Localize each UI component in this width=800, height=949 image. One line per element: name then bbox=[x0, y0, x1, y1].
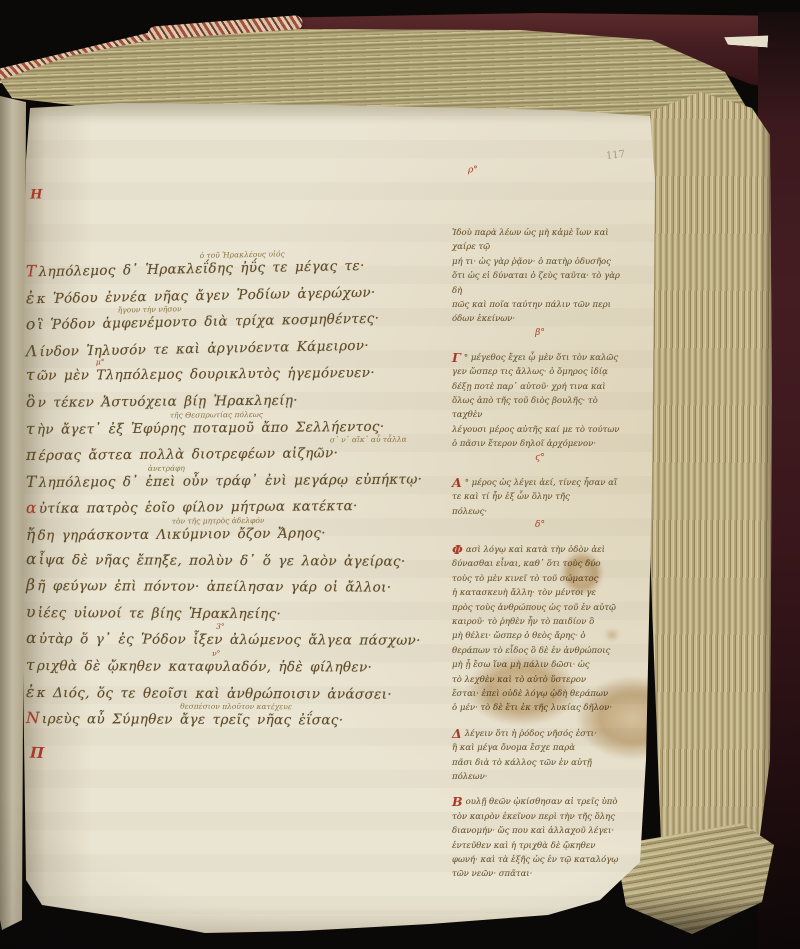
showthrough-line bbox=[48, 110, 640, 114]
scholia-text: ουλῇ θεῶν ᾠκίσθησαν αἱ τρεῖς ὑπὸ τὸν και… bbox=[452, 795, 628, 881]
verse-text: δη γηράσκοντα Λικύμνιον ὄζον Ἄρηος· bbox=[38, 525, 326, 544]
rubric-initial: Β bbox=[452, 795, 463, 808]
commentary-line bbox=[44, 177, 464, 186]
verse-initial: π bbox=[26, 446, 37, 464]
interlinear-gloss: ἤγουν τὴν νῆσον bbox=[118, 305, 182, 315]
manuscript-photo: 117 Η ρ° ὁ τοῦ Ἡρακλέους υἱός Τληπόλεμος… bbox=[0, 0, 800, 949]
verse-initial: τ bbox=[26, 366, 35, 384]
interlinear-gloss: ἀνετράφη bbox=[148, 463, 185, 472]
commentary-line bbox=[44, 177, 464, 186]
verse-text: ῆ φεύγων ἐπὶ πόντον· ἀπείλησαν γάρ οἱ ἄλ… bbox=[37, 578, 391, 596]
commentary-line bbox=[48, 744, 484, 756]
ink-showthrough bbox=[48, 110, 640, 114]
verse-initial: ὃ bbox=[26, 393, 36, 411]
interlinear-gloss: μ° bbox=[96, 358, 105, 367]
verse-text: ῶν μὲν Τληπόλεμος δουρικλυτὸς ἡγεμόνευεν… bbox=[37, 365, 375, 384]
rubric-initial: Φ bbox=[452, 543, 463, 556]
commentary-line bbox=[36, 744, 484, 757]
verse-text: ὐτὰρ ὅ γ᾿ ἐς Ῥόδον ἷξεν ἀλώμενος ἄλγεα π… bbox=[39, 631, 421, 649]
rubric-end-mark: ρ° bbox=[468, 165, 478, 175]
verse-text: έρσας ἄστεα πολλὰ διοτρεφέων αἰζηῶν· bbox=[38, 445, 338, 464]
interlinear-gloss: τὸν τῆς μητρὸς ἀδελφόν bbox=[172, 516, 265, 526]
verse-line: σ᾿ ν᾿ αἴκ᾿ αὖ τἆλλα πέρσας ἄστεα πολλὰ δ… bbox=[30, 442, 474, 472]
verse-initial: Τ bbox=[26, 473, 37, 491]
scholia-text: Ἰδοὺ παρὰ λέων ὡς μὴ κἀμὲ ἴων καὶ χαίρε … bbox=[452, 226, 628, 327]
verse-initial: Λ bbox=[26, 342, 38, 360]
showthrough-line bbox=[48, 110, 640, 114]
verse-initial: α bbox=[26, 550, 37, 568]
verse-text: ἶψα δὲ νῆας ἔπηξε, πολὺν δ᾿ ὅ γε λαὸν ἀγ… bbox=[39, 552, 406, 570]
verse-line: ν° τριχθὰ δὲ ᾤκηθεν καταφυλαδόν, ἠδὲ φίλ… bbox=[30, 656, 474, 685]
page-stack-fore-edge bbox=[635, 90, 780, 920]
verse-initial: ἤ bbox=[26, 526, 36, 544]
verse-text: ληπόλεμος δ᾿ Ἡρακλεΐδης ἠΰς τε μέγας τε· bbox=[39, 258, 365, 280]
interlinear-gloss: ὁ τοῦ Ἡρακλέους υἱός bbox=[200, 249, 285, 260]
verse-line: βῆ φεύγων ἐπὶ πόντον· ἀπείλησαν γάρ οἱ ἄ… bbox=[30, 576, 474, 605]
verse-initial: ο bbox=[26, 315, 36, 333]
verse-initial: τ bbox=[26, 656, 35, 674]
scholia-block: Α° μέρος ὡς λέγει ἀεί, τίνες ἦσαν αἵ τε … bbox=[452, 476, 628, 532]
verse-line: αἶψα δὲ νῆας ἔπηξε, πολὺν δ᾿ ὅ γε λαὸν ἀ… bbox=[30, 550, 474, 579]
verse-initial: ἐ bbox=[26, 683, 35, 701]
interlinear-gloss: 3° bbox=[216, 622, 225, 631]
verse-text: κ Διός, ὅς τε θεοῖσι καὶ ἀνθρώποισιν ἀνά… bbox=[37, 685, 392, 703]
bottom-commentary-block: Π bbox=[32, 744, 484, 757]
main-text-column: ὁ τοῦ Ἡρακλέους υἱός Τληπόλεμος δ᾿ Ἡρακλ… bbox=[30, 258, 474, 737]
verse-initial: β bbox=[26, 576, 35, 594]
verse-initial: υ bbox=[26, 603, 36, 621]
verse-line: υἱέες υἱωνοί τε βίης Ἡρακληείης· bbox=[30, 603, 474, 632]
stain bbox=[560, 550, 604, 596]
top-commentary-block: Η ρ° bbox=[32, 177, 464, 186]
scholia-block: Ἰδοὺ παρὰ λέων ὡς μὴ κἀμὲ ἴων καὶ χαίρε … bbox=[452, 226, 628, 340]
rubric-initial: Δ bbox=[452, 727, 462, 740]
scholia-column: Ἰδοὺ παρὰ λέων ὡς μὴ κἀμὲ ἴων καὶ χαίρε … bbox=[452, 226, 628, 893]
verse-line: μ° τῶν μὲν Τληπόλεμος δουρικλυτὸς ἡγεμόν… bbox=[30, 362, 474, 392]
scholia-text: ° μέγεθος ἔχει ᾧ μὲν ὅτι τὸν καλῶς γεν ὥ… bbox=[452, 351, 628, 452]
commentary-line bbox=[44, 177, 464, 186]
scholia-block: Γ° μέγεθος ἔχει ᾧ μὲν ὅτι τὸν καλῶς γεν … bbox=[452, 351, 628, 465]
verse-text: ίνδον Ἰηλυσόν τε καὶ ἀργινόεντα Κάμειρον… bbox=[39, 338, 369, 360]
verse-text: ν τέκεν Ἀστυόχεια βίῃ Ἡρακληείῃ· bbox=[38, 393, 298, 411]
rubric-initial: Η bbox=[30, 187, 43, 202]
verse-text: ἱέες υἱωνοί τε βίης Ἡρακληείης· bbox=[38, 605, 281, 622]
rubric-end-mark: ϛ° bbox=[452, 452, 628, 465]
folio-number: 117 bbox=[605, 149, 625, 162]
verse-text: ιρεὺς αὖ Σύμηθεν ἄγε τρεῖς νῆας ἐΐσας· bbox=[42, 711, 344, 728]
interlinear-gloss: τῆς Θεσπρωτίας πόλεως bbox=[170, 409, 263, 419]
verse-initial: ἐ bbox=[26, 289, 35, 307]
verse-initial: α bbox=[26, 499, 37, 517]
stain bbox=[604, 628, 620, 642]
interlinear-gloss: σ᾿ ν᾿ αἴκ᾿ αὖ τἆλλα bbox=[330, 435, 407, 445]
verse-text: ληπόλεμος δ᾿ ἐπεὶ οὖν τράφ᾿ ἐνὶ μεγάρῳ ε… bbox=[39, 471, 423, 490]
rubric-end-mark: δ° bbox=[452, 519, 628, 532]
showthrough-line bbox=[48, 110, 640, 114]
verse-text: ἳ Ῥόδον ἀμφενέμοντο διὰ τρίχα κοσμηθέντε… bbox=[38, 311, 380, 334]
scholia-block: Βουλῇ θεῶν ᾠκίσθησαν αἱ τρεῖς ὑπὸ τὸν κα… bbox=[452, 795, 628, 881]
rubric-end-mark: β° bbox=[452, 327, 628, 340]
rubric-initial: Π bbox=[30, 744, 45, 762]
verse-initial: Τ bbox=[26, 262, 37, 280]
verse-initial: τ bbox=[26, 419, 35, 437]
verse-initial: α bbox=[26, 629, 37, 647]
scholia-text: ° μέρος ὡς λέγει ἀεί, τίνες ἦσαν αἵ τε κ… bbox=[452, 476, 628, 519]
showthrough-line bbox=[48, 110, 640, 114]
verse-text: κ Ῥόδου ἐννέα νῆας ἄγεν Ῥοδίων ἀγερώχων· bbox=[36, 284, 375, 307]
showthrough-line bbox=[48, 110, 640, 114]
interlinear-gloss: θεσπέσιον πλοῦτον κατέχευε bbox=[180, 702, 292, 711]
rubric-initial: Γ bbox=[452, 351, 461, 364]
verse-line: 3° αὐτὰρ ὅ γ᾿ ἐς Ῥόδον ἷξεν ἀλώμενος ἄλγ… bbox=[30, 629, 474, 658]
verse-initial: Ν bbox=[26, 709, 40, 727]
verse-line: θεσπέσιον πλοῦτον κατέχευε Νιρεὺς αὖ Σύμ… bbox=[30, 709, 474, 738]
commentary-line bbox=[42, 744, 484, 756]
manuscript-page: 117 Η ρ° ὁ τοῦ Ἡρακλέους υἱός Τληπόλεμος… bbox=[20, 98, 668, 940]
verse-text: ριχθὰ δὲ ᾤκηθεν καταφυλαδόν, ἠδὲ φίληθεν… bbox=[37, 658, 372, 675]
verse-text: ὐτίκα πατρὸς ἑοῖο φίλον μήτρωα κατέκτα· bbox=[39, 498, 358, 517]
rubric-initial: Α bbox=[452, 476, 462, 489]
verse-line: τὸν τῆς μητρὸς ἀδελφόν ἤδη γηράσκοντα Λι… bbox=[30, 522, 474, 552]
interlinear-gloss: ν° bbox=[212, 649, 220, 658]
verse-line: τῆς Θεσπρωτίας πόλεως τὴν ἄγετ᾿ ἐξ Ἐφύρη… bbox=[30, 416, 474, 446]
